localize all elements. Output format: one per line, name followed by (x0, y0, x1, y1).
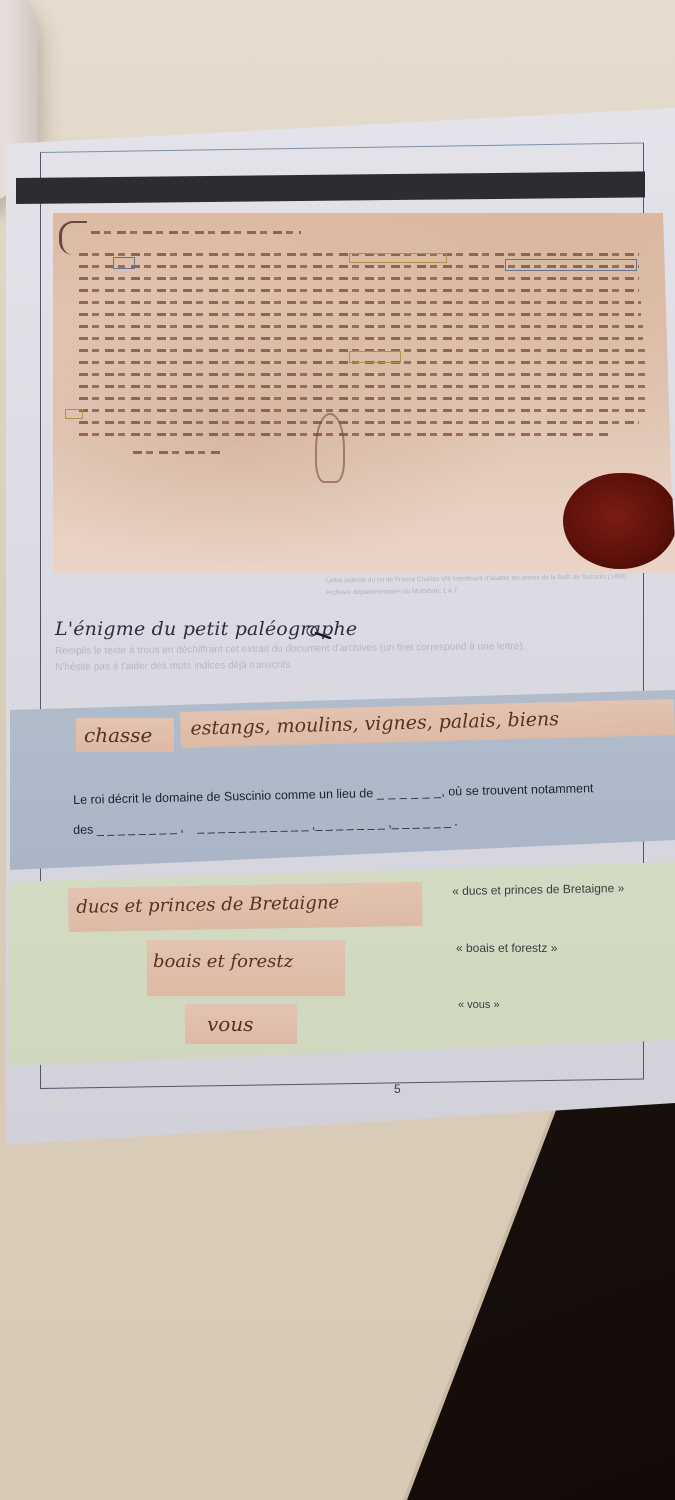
hint-manuscript-3: vous (185, 1004, 297, 1044)
manuscript-initial (59, 221, 87, 255)
answer-blank-1[interactable]: _ _ _ _ _ _ (377, 785, 442, 800)
highlight-box-blue (113, 257, 135, 269)
highlight-box-gold (349, 253, 447, 263)
answer-blank-3[interactable]: _ _ _ _ _ _ _ _ _ _ _ , (197, 818, 315, 835)
manuscript-line (91, 231, 301, 234)
answer-blank-5[interactable]: _ _ _ _ _ _ . (392, 814, 458, 829)
wax-seal (563, 473, 675, 569)
highlight-box-gold (65, 409, 83, 419)
answer-blank-2[interactable]: _ _ _ _ _ _ _ _ , (97, 820, 184, 836)
manuscript-strip-1: chasse (76, 718, 174, 752)
manuscript-line (79, 277, 639, 280)
highlight-box-blue (505, 259, 637, 271)
magnifier-icon (306, 625, 332, 639)
manuscript-line (79, 289, 639, 292)
manuscript-line (79, 421, 639, 424)
hint-transcription-3: « vous » (458, 999, 500, 1011)
manuscript-line (79, 397, 647, 400)
hint-manuscript-1: ducs et princes de Bretaigne (68, 882, 423, 932)
manuscript-line (79, 373, 645, 376)
exercise-instructions: Remplis le texte à trous en déchiffrant … (55, 638, 665, 676)
manuscript-line (79, 301, 641, 304)
hint-transcription-1: « ducs et princes de Bretaigne » (452, 881, 624, 898)
highlight-box-gold (349, 351, 401, 363)
answer-blank-4[interactable]: _ _ _ _ _ _ _ , (315, 816, 392, 832)
manuscript-line (79, 409, 647, 412)
manuscript-line (79, 385, 647, 388)
manuscript-line (79, 313, 641, 316)
hint-manuscript-2: boais et forestz (147, 940, 345, 996)
manuscript-line (79, 325, 643, 328)
manuscript-signature-line (133, 451, 223, 454)
image-caption: Lettre patente du roi de France Charles … (326, 571, 671, 600)
manuscript-image (53, 213, 675, 573)
hint-transcription-2: « boais et forestz » (456, 941, 557, 955)
page-number: 5 (394, 1082, 401, 1096)
royal-signature (315, 413, 345, 483)
manuscript-line (79, 337, 643, 340)
quiz-sentence-part-3: des (73, 823, 93, 837)
